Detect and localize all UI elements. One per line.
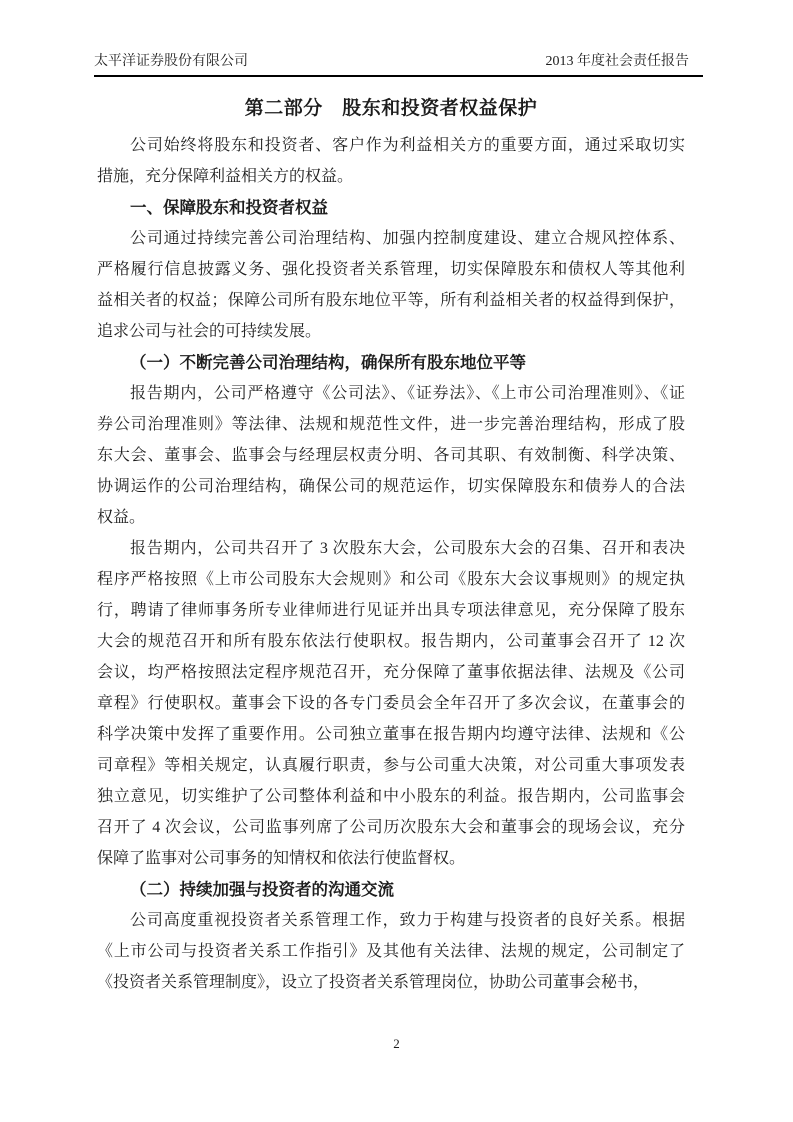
page-number: 2 [393,1036,400,1051]
paragraph-line: 公司高度重视投资者关系管理工作，致力于构建与投资者的良好关系。根据 [97,905,685,936]
paragraph-line: 措施，充分保障利益相关方的权益。 [97,161,685,192]
paragraph-line: 益相关者的权益；保障公司所有股东地位平等，所有利益相关者的权益得到保护， [97,285,685,316]
paragraph-line: 报告期内，公司共召开了 3 次股东大会，公司股东大会的召集、召开和表决 [97,533,685,564]
paragraph-line: 章程》行使职权。董事会下设的各专门委员会全年召开了多次会议，在董事会的 [97,688,685,719]
paragraph-line: 司章程》等相关规定，认真履行职责，参与公司重大决策，对公司重大事项发表 [97,750,685,781]
document-body: 公司始终将股东和投资者、客户作为利益相关方的重要方面，通过采取切实措施，充分保障… [97,130,685,998]
paragraph-line: 科学决策中发挥了重要作用。公司独立董事在报告期内均遵守法律、法规和《公 [97,719,685,750]
paragraph-line: 行，聘请了律师事务所专业律师进行见证并出具专项法律意见，充分保障了股东 [97,595,685,626]
paragraph-line: 保障了监事对公司事务的知情权和依法行使监督权。 [97,843,685,874]
paragraph-line: 严格履行信息披露义务、强化投资者关系管理，切实保障股东和债权人等其他利 [97,254,685,285]
paragraph-line: 会议，均严格按照法定程序规范召开，充分保障了董事依据法律、法规及《公司 [97,657,685,688]
paragraph-line: 独立意见，切实维护了公司整体利益和中小股东的利益。报告期内，公司监事会 [97,781,685,812]
paragraph-line: 《上市公司与投资者关系工作指引》及其他有关法律、法规的规定，公司制定了 [97,936,685,967]
paragraph-line: 报告期内，公司严格遵守《公司法》、《证券法》、《上市公司治理准则》、《证 [97,378,685,409]
paragraph-line: 权益。 [97,502,685,533]
section-heading: （二）持续加强与投资者的沟通交流 [97,874,685,905]
paragraph-line: 程序严格按照《上市公司股东大会规则》和公司《股东大会议事规则》的规定执 [97,564,685,595]
paragraph-line: 追求公司与社会的可持续发展。 [97,316,685,347]
section-title: 第二部分 股东和投资者权益保护 [97,94,685,124]
paragraph-line: 协调运作的公司治理结构，确保公司的规范运作，切实保障股东和债券人的合法 [97,471,685,502]
paragraph-line: 召开了 4 次会议，公司监事列席了公司历次股东大会和董事会的现场会议，充分 [97,812,685,843]
page-header: 太平洋证券股份有限公司 2013 年度社会责任报告 [94,53,703,77]
paragraph-line: 《投资者关系管理制度》，设立了投资者关系管理岗位，协助公司董事会秘书， [97,967,685,998]
paragraph-line: 东大会、董事会、监事会与经理层权责分明、各司其职、有效制衡、科学决策、 [97,440,685,471]
section-heading: （一）不断完善公司治理结构，确保所有股东地位平等 [97,347,685,378]
section-heading: 一、保障股东和投资者权益 [97,192,685,223]
page-footer: 2 [0,1036,793,1052]
document-content: 第二部分 股东和投资者权益保护 公司始终将股东和投资者、客户作为利益相关方的重要… [97,94,685,998]
paragraph-line: 公司通过持续完善公司治理结构、加强内控制度建设、建立合规风控体系、 [97,223,685,254]
paragraph-line: 公司始终将股东和投资者、客户作为利益相关方的重要方面，通过采取切实 [97,130,685,161]
header-report-title: 2013 年度社会责任报告 [546,53,704,70]
header-company-name: 太平洋证券股份有限公司 [94,53,248,70]
paragraph-line: 券公司治理准则》等法律、法规和规范性文件，进一步完善治理结构，形成了股 [97,409,685,440]
paragraph-line: 大会的规范召开和所有股东依法行使职权。报告期内，公司董事会召开了 12 次 [97,626,685,657]
document-page: 太平洋证券股份有限公司 2013 年度社会责任报告 第二部分 股东和投资者权益保… [0,0,793,1122]
